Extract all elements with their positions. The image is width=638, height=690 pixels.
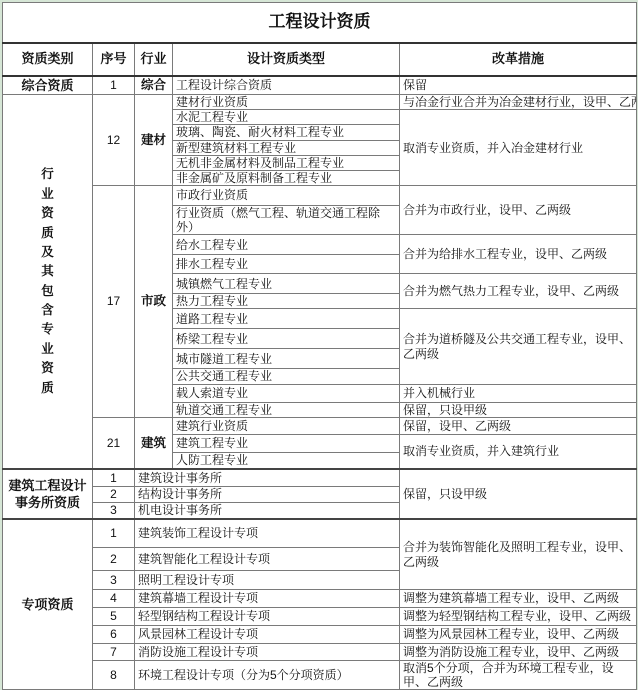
table-row: 建筑工程设计事务所资质 1 建筑设计事务所 保留，只设甲级 <box>3 469 637 486</box>
reform-cell: 合并为装饰智能化及照明工程专业，设甲、乙两级 <box>400 519 637 589</box>
seq-cell: 1 <box>93 469 135 486</box>
type-cell: 城市隧道工程专业 <box>173 349 400 369</box>
seq-cell: 1 <box>93 519 135 547</box>
type-cell: 新型建筑材料工程专业 <box>173 140 400 155</box>
table-row: 8 环境工程设计专项（分为5个分项资质） 取消5个分项，合并为环境工程专业，设甲… <box>3 660 637 689</box>
type-cell: 水泥工程专业 <box>173 110 400 125</box>
reform-cell: 合并为给排水工程专业，设甲、乙两级 <box>400 235 637 274</box>
type-cell: 建筑工程专业 <box>173 434 400 452</box>
type-cell: 市政行业资质 <box>173 185 400 205</box>
type-cell: 建筑行业资质 <box>173 417 400 434</box>
type-cell: 轨道交通工程专业 <box>173 402 400 417</box>
category-cell: 综合资质 <box>3 76 93 95</box>
reform-cell: 保留，只设甲级 <box>400 402 637 417</box>
industry-cell: 建筑 <box>135 417 173 469</box>
seq-cell: 5 <box>93 607 135 625</box>
seq-cell: 6 <box>93 625 135 643</box>
col-header-reform: 改革措施 <box>400 43 637 76</box>
qualification-table: 工程设计资质 资质类别 序号 行业 设计资质类型 改革措施 综合资质 1 综合 … <box>2 2 637 690</box>
industry-cell: 市政 <box>135 185 173 417</box>
col-header-industry: 行业 <box>135 43 173 76</box>
col-header-category: 资质类别 <box>3 43 93 76</box>
industry-cell: 建材 <box>135 95 173 186</box>
title-row: 工程设计资质 <box>3 3 637 43</box>
type-cell: 玻璃、陶瓷、耐火材料工程专业 <box>173 125 400 140</box>
category-cell: 建筑工程设计事务所资质 <box>3 469 93 519</box>
table-row: 专项资质 1 建筑装饰工程设计专项 合并为装饰智能化及照明工程专业，设甲、乙两级 <box>3 519 637 547</box>
type-cell: 照明工程设计专项 <box>135 570 400 589</box>
seq-cell: 3 <box>93 502 135 519</box>
reform-cell: 调整为建筑幕墙工程专业，设甲、乙两级 <box>400 589 637 607</box>
seq-cell: 7 <box>93 643 135 660</box>
seq-cell: 8 <box>93 660 135 689</box>
col-header-type: 设计资质类型 <box>173 43 400 76</box>
type-cell: 环境工程设计专项（分为5个分项资质） <box>135 660 400 689</box>
category-cell: 行业资质及其包含专业资质 <box>3 95 93 470</box>
type-cell: 工程设计综合资质 <box>173 76 400 95</box>
type-cell: 载人索道专业 <box>173 384 400 402</box>
reform-cell: 取消专业资质，并入建筑行业 <box>400 434 637 469</box>
reform-cell: 调整为轻型钢结构工程专业，设甲、乙两级 <box>400 607 637 625</box>
reform-cell: 合并为市政行业，设甲、乙两级 <box>400 185 637 234</box>
seq-cell: 4 <box>93 589 135 607</box>
reform-cell: 保留 <box>400 76 637 95</box>
type-cell: 非金属矿及原料制备工程专业 <box>173 170 400 185</box>
type-cell: 结构设计事务所 <box>135 486 400 502</box>
type-cell: 桥梁工程专业 <box>173 329 400 349</box>
type-cell: 建筑智能化工程设计专项 <box>135 547 400 570</box>
reform-cell: 保留，设甲、乙两级 <box>400 417 637 434</box>
type-cell: 建材行业资质 <box>173 95 400 110</box>
reform-cell: 合并为道桥隧及公共交通工程专业，设甲、乙两级 <box>400 309 637 384</box>
type-cell: 排水工程专业 <box>173 255 400 274</box>
type-cell: 给水工程专业 <box>173 235 400 255</box>
header-row: 资质类别 序号 行业 设计资质类型 改革措施 <box>3 43 637 76</box>
type-cell: 风景园林工程设计专项 <box>135 625 400 643</box>
reform-cell: 合并为燃气热力工程专业，设甲、乙两级 <box>400 274 637 309</box>
type-cell: 建筑设计事务所 <box>135 469 400 486</box>
industry-cell: 综合 <box>135 76 173 95</box>
category-cell: 专项资质 <box>3 519 93 689</box>
type-cell: 无机非金属材料及制品工程专业 <box>173 155 400 170</box>
type-cell: 公共交通工程专业 <box>173 369 400 384</box>
page-title: 工程设计资质 <box>3 3 637 43</box>
type-cell: 建筑装饰工程设计专项 <box>135 519 400 547</box>
table-row: 5 轻型钢结构工程设计专项 调整为轻型钢结构工程专业，设甲、乙两级 <box>3 607 637 625</box>
type-cell: 人防工程专业 <box>173 452 400 469</box>
seq-cell: 12 <box>93 95 135 186</box>
reform-cell: 调整为风景园林工程专业，设甲、乙两级 <box>400 625 637 643</box>
col-header-no: 序号 <box>93 43 135 76</box>
seq-cell: 2 <box>93 547 135 570</box>
reform-cell: 取消5个分项，合并为环境工程专业，设甲、乙两级 <box>400 660 637 689</box>
seq-cell: 3 <box>93 570 135 589</box>
table-row: 17 市政 市政行业资质 合并为市政行业，设甲、乙两级 <box>3 185 637 205</box>
table-row: 综合资质 1 综合 工程设计综合资质 保留 <box>3 76 637 95</box>
type-cell: 热力工程专业 <box>173 294 400 309</box>
seq-cell: 17 <box>93 185 135 417</box>
reform-cell: 保留，只设甲级 <box>400 469 637 519</box>
type-cell: 城镇燃气工程专业 <box>173 274 400 294</box>
reform-cell: 与冶金行业合并为冶金建材行业，设甲、乙两级 <box>400 95 637 110</box>
reform-cell: 并入机械行业 <box>400 384 637 402</box>
table-row: 6 风景园林工程设计专项 调整为风景园林工程专业，设甲、乙两级 <box>3 625 637 643</box>
table-row: 21 建筑 建筑行业资质 保留，设甲、乙两级 <box>3 417 637 434</box>
type-cell: 机电设计事务所 <box>135 502 400 519</box>
type-cell: 轻型钢结构工程设计专项 <box>135 607 400 625</box>
type-cell: 行业资质（燃气工程、轨道交通工程除外） <box>173 205 400 234</box>
reform-cell: 调整为消防设施工程专业，设甲、乙两级 <box>400 643 637 660</box>
type-cell: 建筑幕墙工程设计专项 <box>135 589 400 607</box>
category-vertical-label: 行业资质及其包含专业资质 <box>40 165 55 398</box>
type-cell: 消防设施工程设计专项 <box>135 643 400 660</box>
table-row: 4 建筑幕墙工程设计专项 调整为建筑幕墙工程专业，设甲、乙两级 <box>3 589 637 607</box>
table-row: 7 消防设施工程设计专项 调整为消防设施工程专业，设甲、乙两级 <box>3 643 637 660</box>
type-cell: 道路工程专业 <box>173 309 400 329</box>
reform-cell: 取消专业资质，并入冶金建材行业 <box>400 110 637 186</box>
seq-cell: 1 <box>93 76 135 95</box>
table-row: 行业资质及其包含专业资质 12 建材 建材行业资质 与冶金行业合并为冶金建材行业… <box>3 95 637 110</box>
seq-cell: 21 <box>93 417 135 469</box>
seq-cell: 2 <box>93 486 135 502</box>
